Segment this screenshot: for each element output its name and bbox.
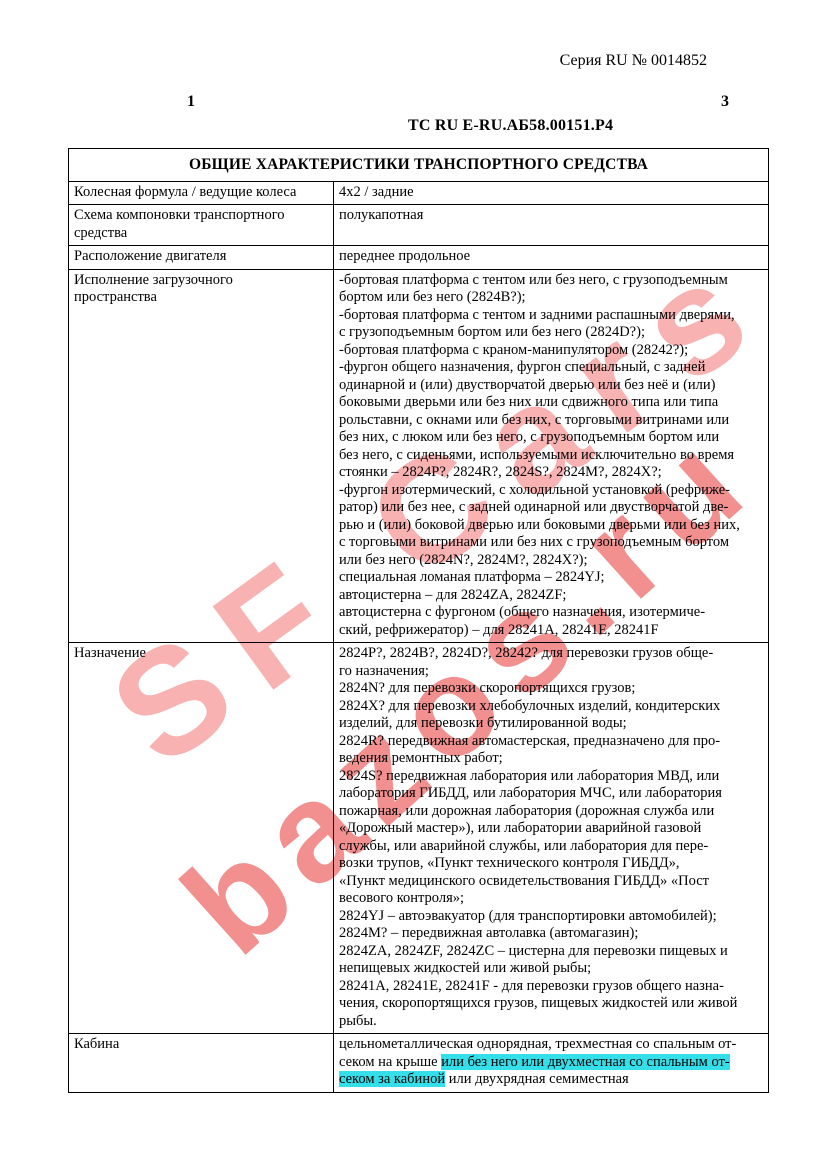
row-label-purpose: Назначение: [69, 643, 334, 1034]
approval-number: ТС RU E-RU.АБ58.00151.P4: [408, 117, 613, 135]
table-title-row: ОБЩИЕ ХАРАКТЕРИСТИКИ ТРАНСПОРТНОГО СРЕДС…: [69, 149, 769, 182]
table-row: Схема компоновки транспортного средства …: [69, 205, 769, 246]
row-value-wheel-formula: 4х2 / задние: [334, 181, 769, 205]
page-number-left: 1: [187, 93, 195, 111]
table-title: ОБЩИЕ ХАРАКТЕРИСТИКИ ТРАНСПОРТНОГО СРЕДС…: [69, 149, 769, 182]
row-label-wheel-formula: Колесная формула / ведущие колеса: [69, 181, 334, 205]
row-value-purpose: 2824P?, 2824B?, 2824D?, 28242? для перев…: [334, 643, 769, 1034]
row-value-cab: цельнометаллическая однорядная, трехмест…: [334, 1034, 769, 1093]
series-number: Серия RU № 0014852: [560, 52, 707, 70]
certificate-page: Серия RU № 0014852 1 3 ТС RU E-RU.АБ58.0…: [0, 0, 827, 1170]
page-number-right: 3: [721, 93, 729, 111]
table-row: Исполнение загрузочного пространства -бо…: [69, 269, 769, 643]
row-label-layout-scheme: Схема компоновки транспортного средства: [69, 205, 334, 246]
table-row: Назначение 2824P?, 2824B?, 2824D?, 28242…: [69, 643, 769, 1034]
vehicle-characteristics-table: ОБЩИЕ ХАРАКТЕРИСТИКИ ТРАНСПОРТНОГО СРЕДС…: [68, 148, 769, 1093]
row-label-cab: Кабина: [69, 1034, 334, 1093]
row-label-engine-location: Расположение двигателя: [69, 246, 334, 270]
table-row: Колесная формула / ведущие колеса 4х2 / …: [69, 181, 769, 205]
table-row: Кабина цельнометаллическая однорядная, т…: [69, 1034, 769, 1093]
row-value-layout-scheme: полукапотная: [334, 205, 769, 246]
row-label-cargo-space: Исполнение загрузочного пространства: [69, 269, 334, 643]
row-value-engine-location: переднее продольное: [334, 246, 769, 270]
row-value-cargo-space: -бортовая платформа с тентом или без нег…: [334, 269, 769, 643]
table-row: Расположение двигателя переднее продольн…: [69, 246, 769, 270]
